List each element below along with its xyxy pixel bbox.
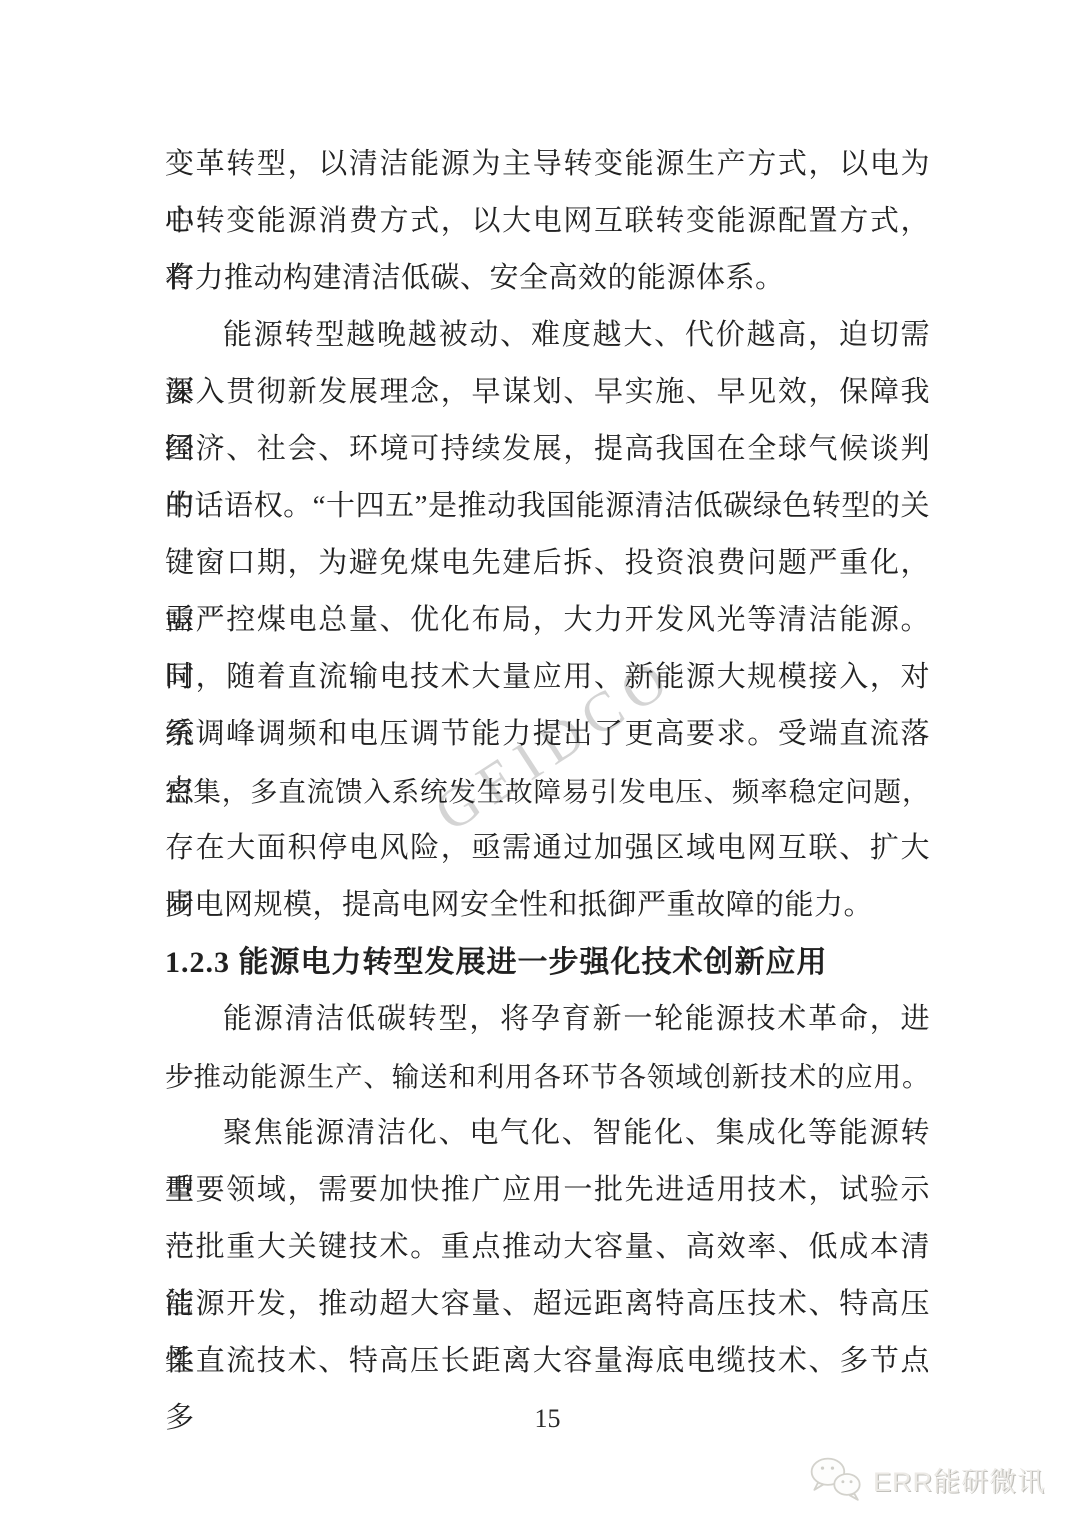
body-line: 的话语权。“十四五”是推动我国能源清洁低碳绿色转型的关 [165, 478, 930, 535]
page-body: 变革转型，以清洁能源为主导转变能源生产方式，以电为中 心转变能源消费方式，以大电… [165, 136, 930, 1447]
body-line: 步推动能源生产、输送和利用各环节各领域创新技术的应用。 [165, 1048, 930, 1105]
body-line: 性直流技术、特高压长距离大容量海底电缆技术、多节点多 [165, 1333, 930, 1390]
footer-watermark: ERR能研微讯 [808, 1456, 1045, 1502]
body-line: 变革转型，以清洁能源为主导转变能源生产方式，以电为中 [165, 136, 930, 193]
body-line: 统调峰调频和电压调节能力提出了更高要求。受端直流落点 [165, 706, 930, 763]
body-line: 经济、社会、环境可持续发展，提高我国在全球气候谈判中 [165, 421, 930, 478]
body-line: 需严控煤电总量、优化布局，大力开发风光等清洁能源。同 [165, 592, 930, 649]
document-page: GEIDCO 变革转型，以清洁能源为主导转变能源生产方式，以电为中 心转变能源消… [0, 0, 1080, 1527]
body-line: 一批重大关键技术。重点推动大容量、高效率、低成本清洁 [165, 1219, 930, 1276]
page-number: 15 [165, 1390, 930, 1447]
body-line: 键窗口期，为避免煤电先建后拆、投资浪费问题严重化，亟 [165, 535, 930, 592]
body-line: 深入贯彻新发展理念，早谋划、早实施、早见效，保障我国 [165, 364, 930, 421]
wechat-icon [808, 1456, 866, 1502]
body-line: 心转变能源消费方式，以大电网互联转变能源配置方式，将 [165, 193, 930, 250]
body-line: 能源开发，推动超大容量、超远距离特高压技术、特高压柔 [165, 1276, 930, 1333]
body-line: 能源转型越晚越被动、难度越大、代价越高，迫切需要 [165, 307, 930, 364]
body-line: 聚焦能源清洁化、电气化、智能化、集成化等能源转型 [165, 1105, 930, 1162]
body-line: 有力推动构建清洁低碳、安全高效的能源体系。 [165, 250, 930, 307]
section-heading: 1.2.3 能源电力转型发展进一步强化技术创新应用 [165, 934, 930, 991]
body-line: 重要领域，需要加快推广应用一批先进适用技术，试验示范 [165, 1162, 930, 1219]
body-line: 存在大面积停电风险，亟需通过加强区域电网互联、扩大同 [165, 820, 930, 877]
body-line: 步电网规模，提高电网安全性和抵御严重故障的能力。 [165, 877, 930, 934]
body-line: 能源清洁低碳转型，将孕育新一轮能源技术革命，进一 [165, 991, 930, 1048]
body-line: 密集，多直流馈入系统发生故障易引发电压、频率稳定问题， [165, 763, 930, 820]
body-line: 时，随着直流输电技术大量应用、新能源大规模接入，对系 [165, 649, 930, 706]
brand-label: ERR能研微讯 [873, 1460, 1045, 1499]
